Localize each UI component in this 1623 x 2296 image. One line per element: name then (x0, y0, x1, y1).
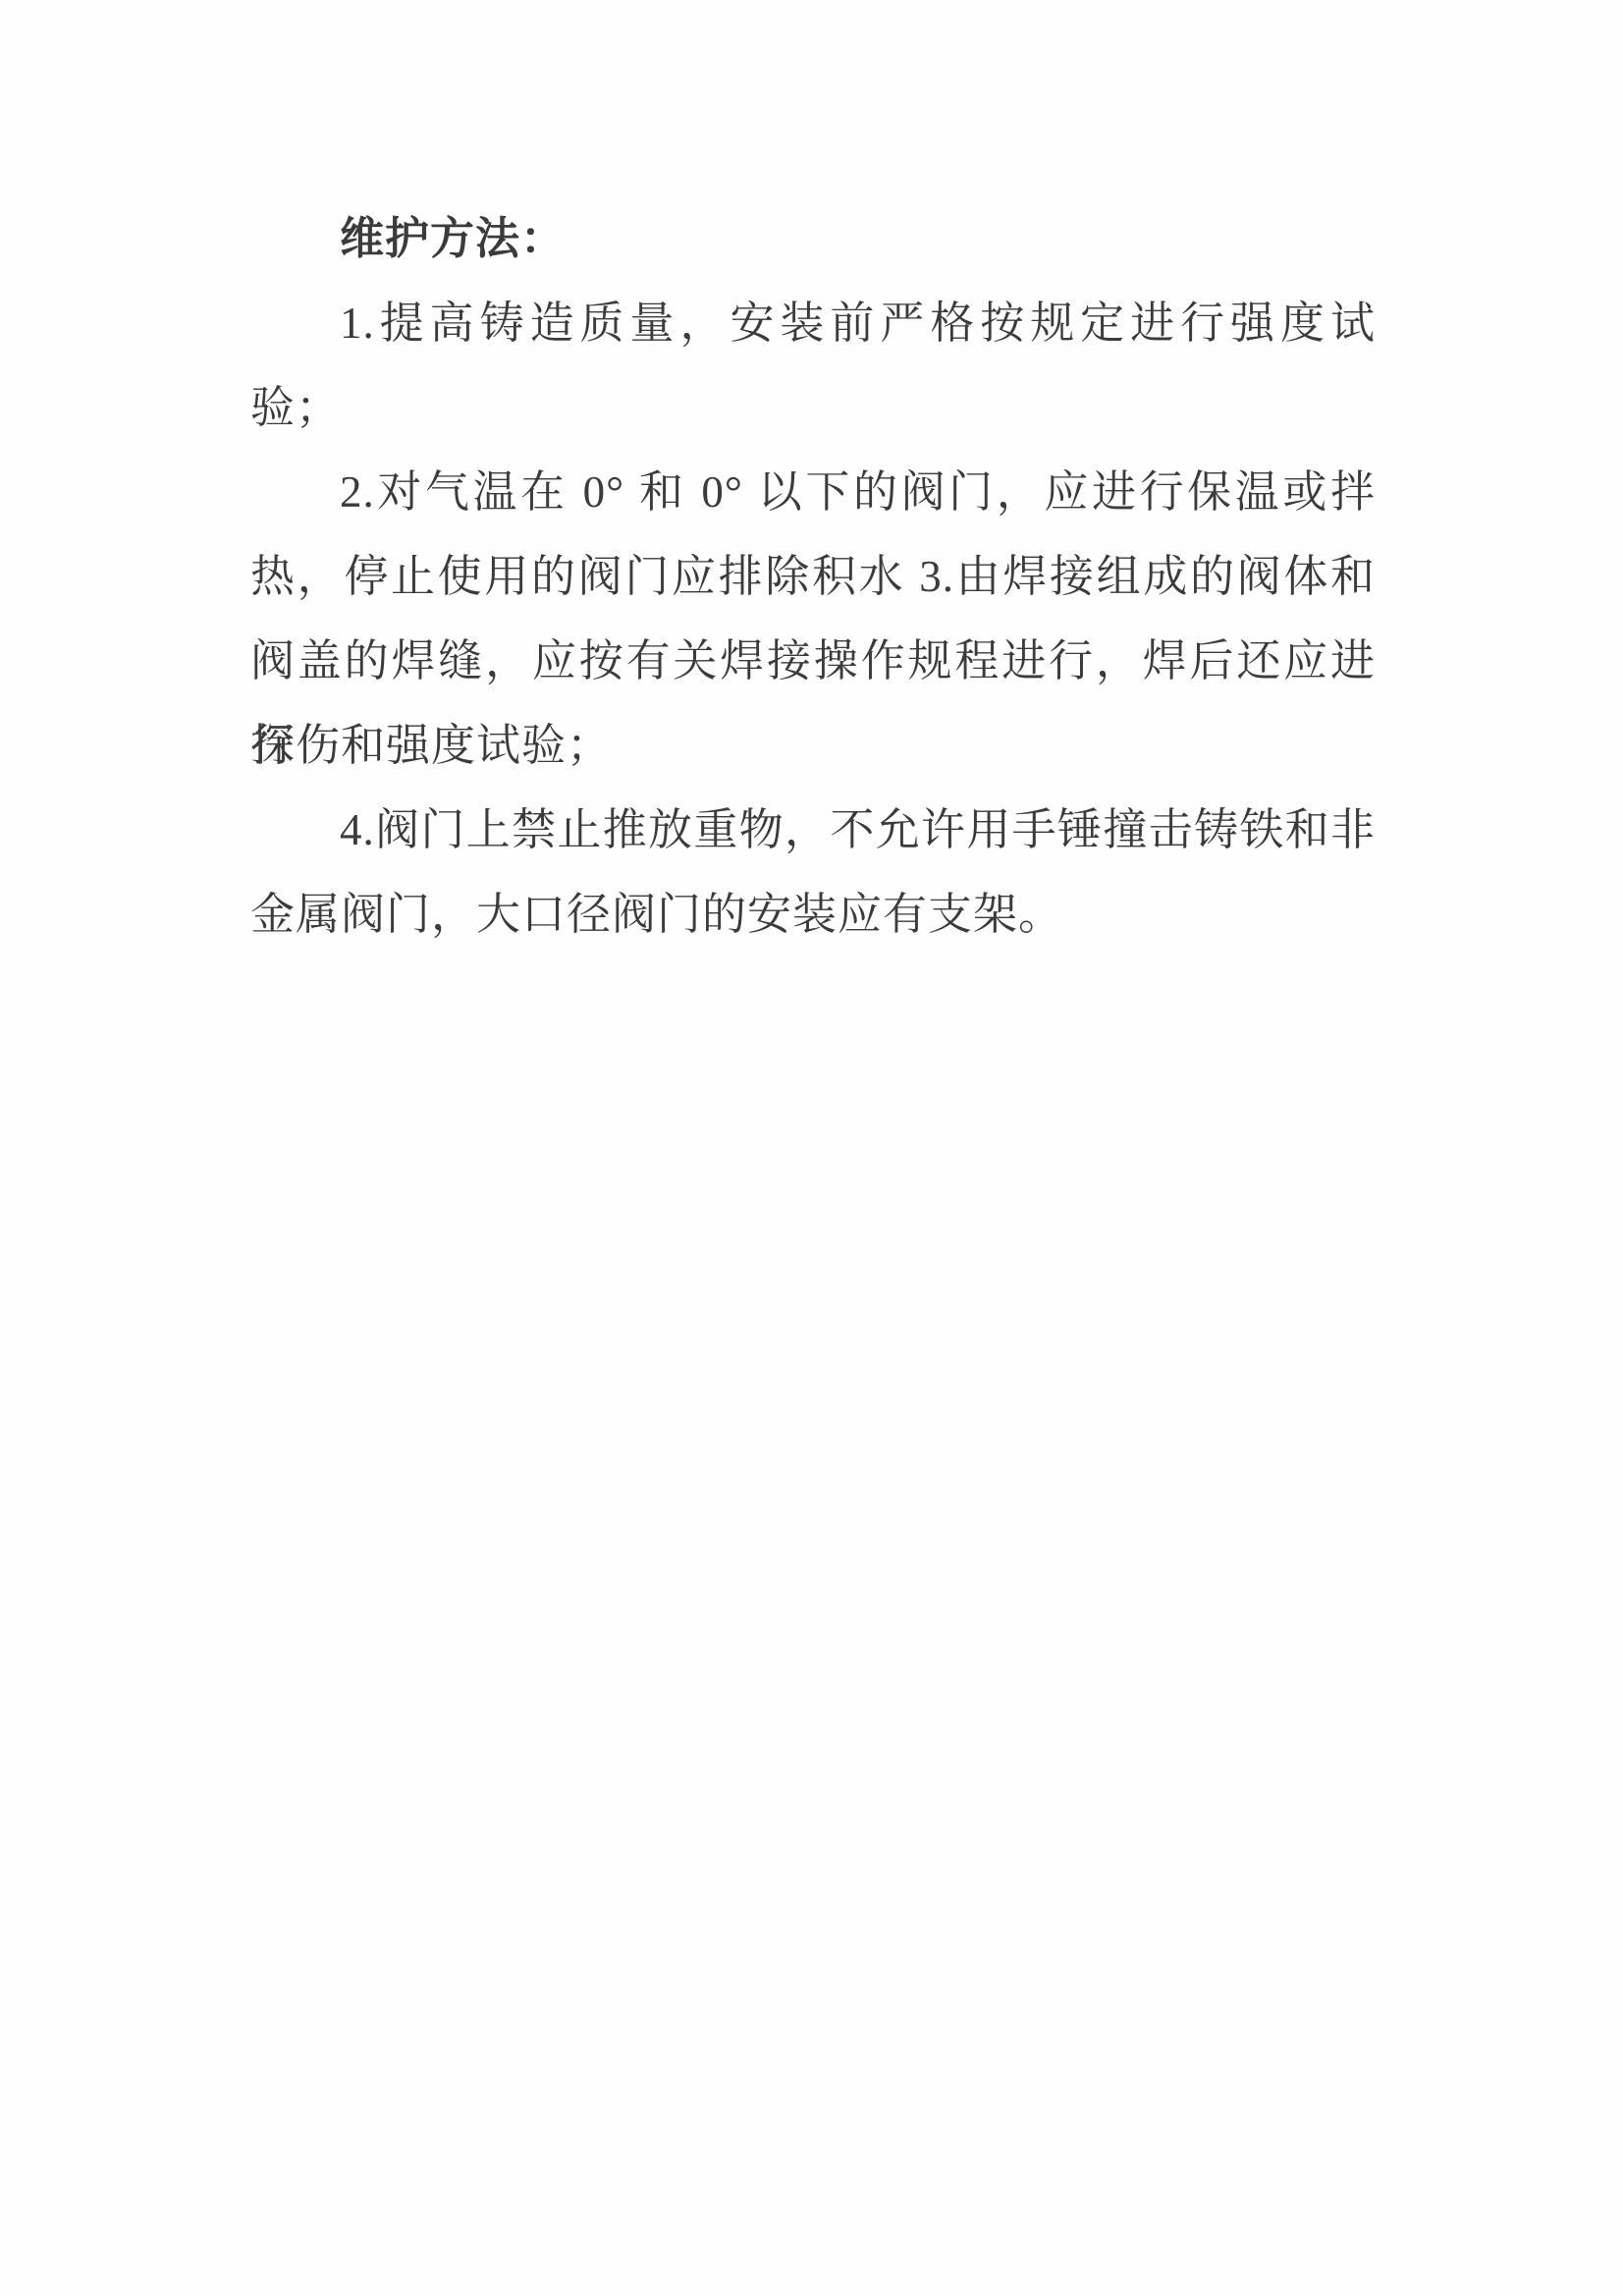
paragraph-2-line-2: 热，停止使用的阀门应排除积水 3.由焊接组成的阀体和 (250, 534, 1376, 619)
paragraph-3-line-2: 金属阀门，大口径阀门的安装应有支架。 (250, 872, 1376, 957)
section-heading: 维护方法： (250, 196, 1376, 281)
paragraph-1-line-2: 验； (250, 365, 1376, 450)
paragraph-1-line-1: 1.提高铸造质量，安装前严格按规定进行强度试 (250, 281, 1376, 365)
paragraph-2-line-1: 2.对气温在 0° 和 0° 以下的阀门，应进行保温或拌 (250, 450, 1376, 534)
paragraph-2-line-4: 探伤和强度试验； (250, 703, 1376, 788)
document-page: 维护方法： 1.提高铸造质量，安装前严格按规定进行强度试 验； 2.对气温在 0… (0, 0, 1623, 2296)
paragraph-2-line-3: 阀盖的焊缝，应按有关焊接操作规程进行，焊后还应进行 (250, 619, 1376, 703)
paragraph-3-line-1: 4.阀门上禁止推放重物，不允许用手锤撞击铸铁和非 (250, 788, 1376, 872)
text-block: 维护方法： 1.提高铸造质量，安装前严格按规定进行强度试 验； 2.对气温在 0… (250, 196, 1376, 957)
